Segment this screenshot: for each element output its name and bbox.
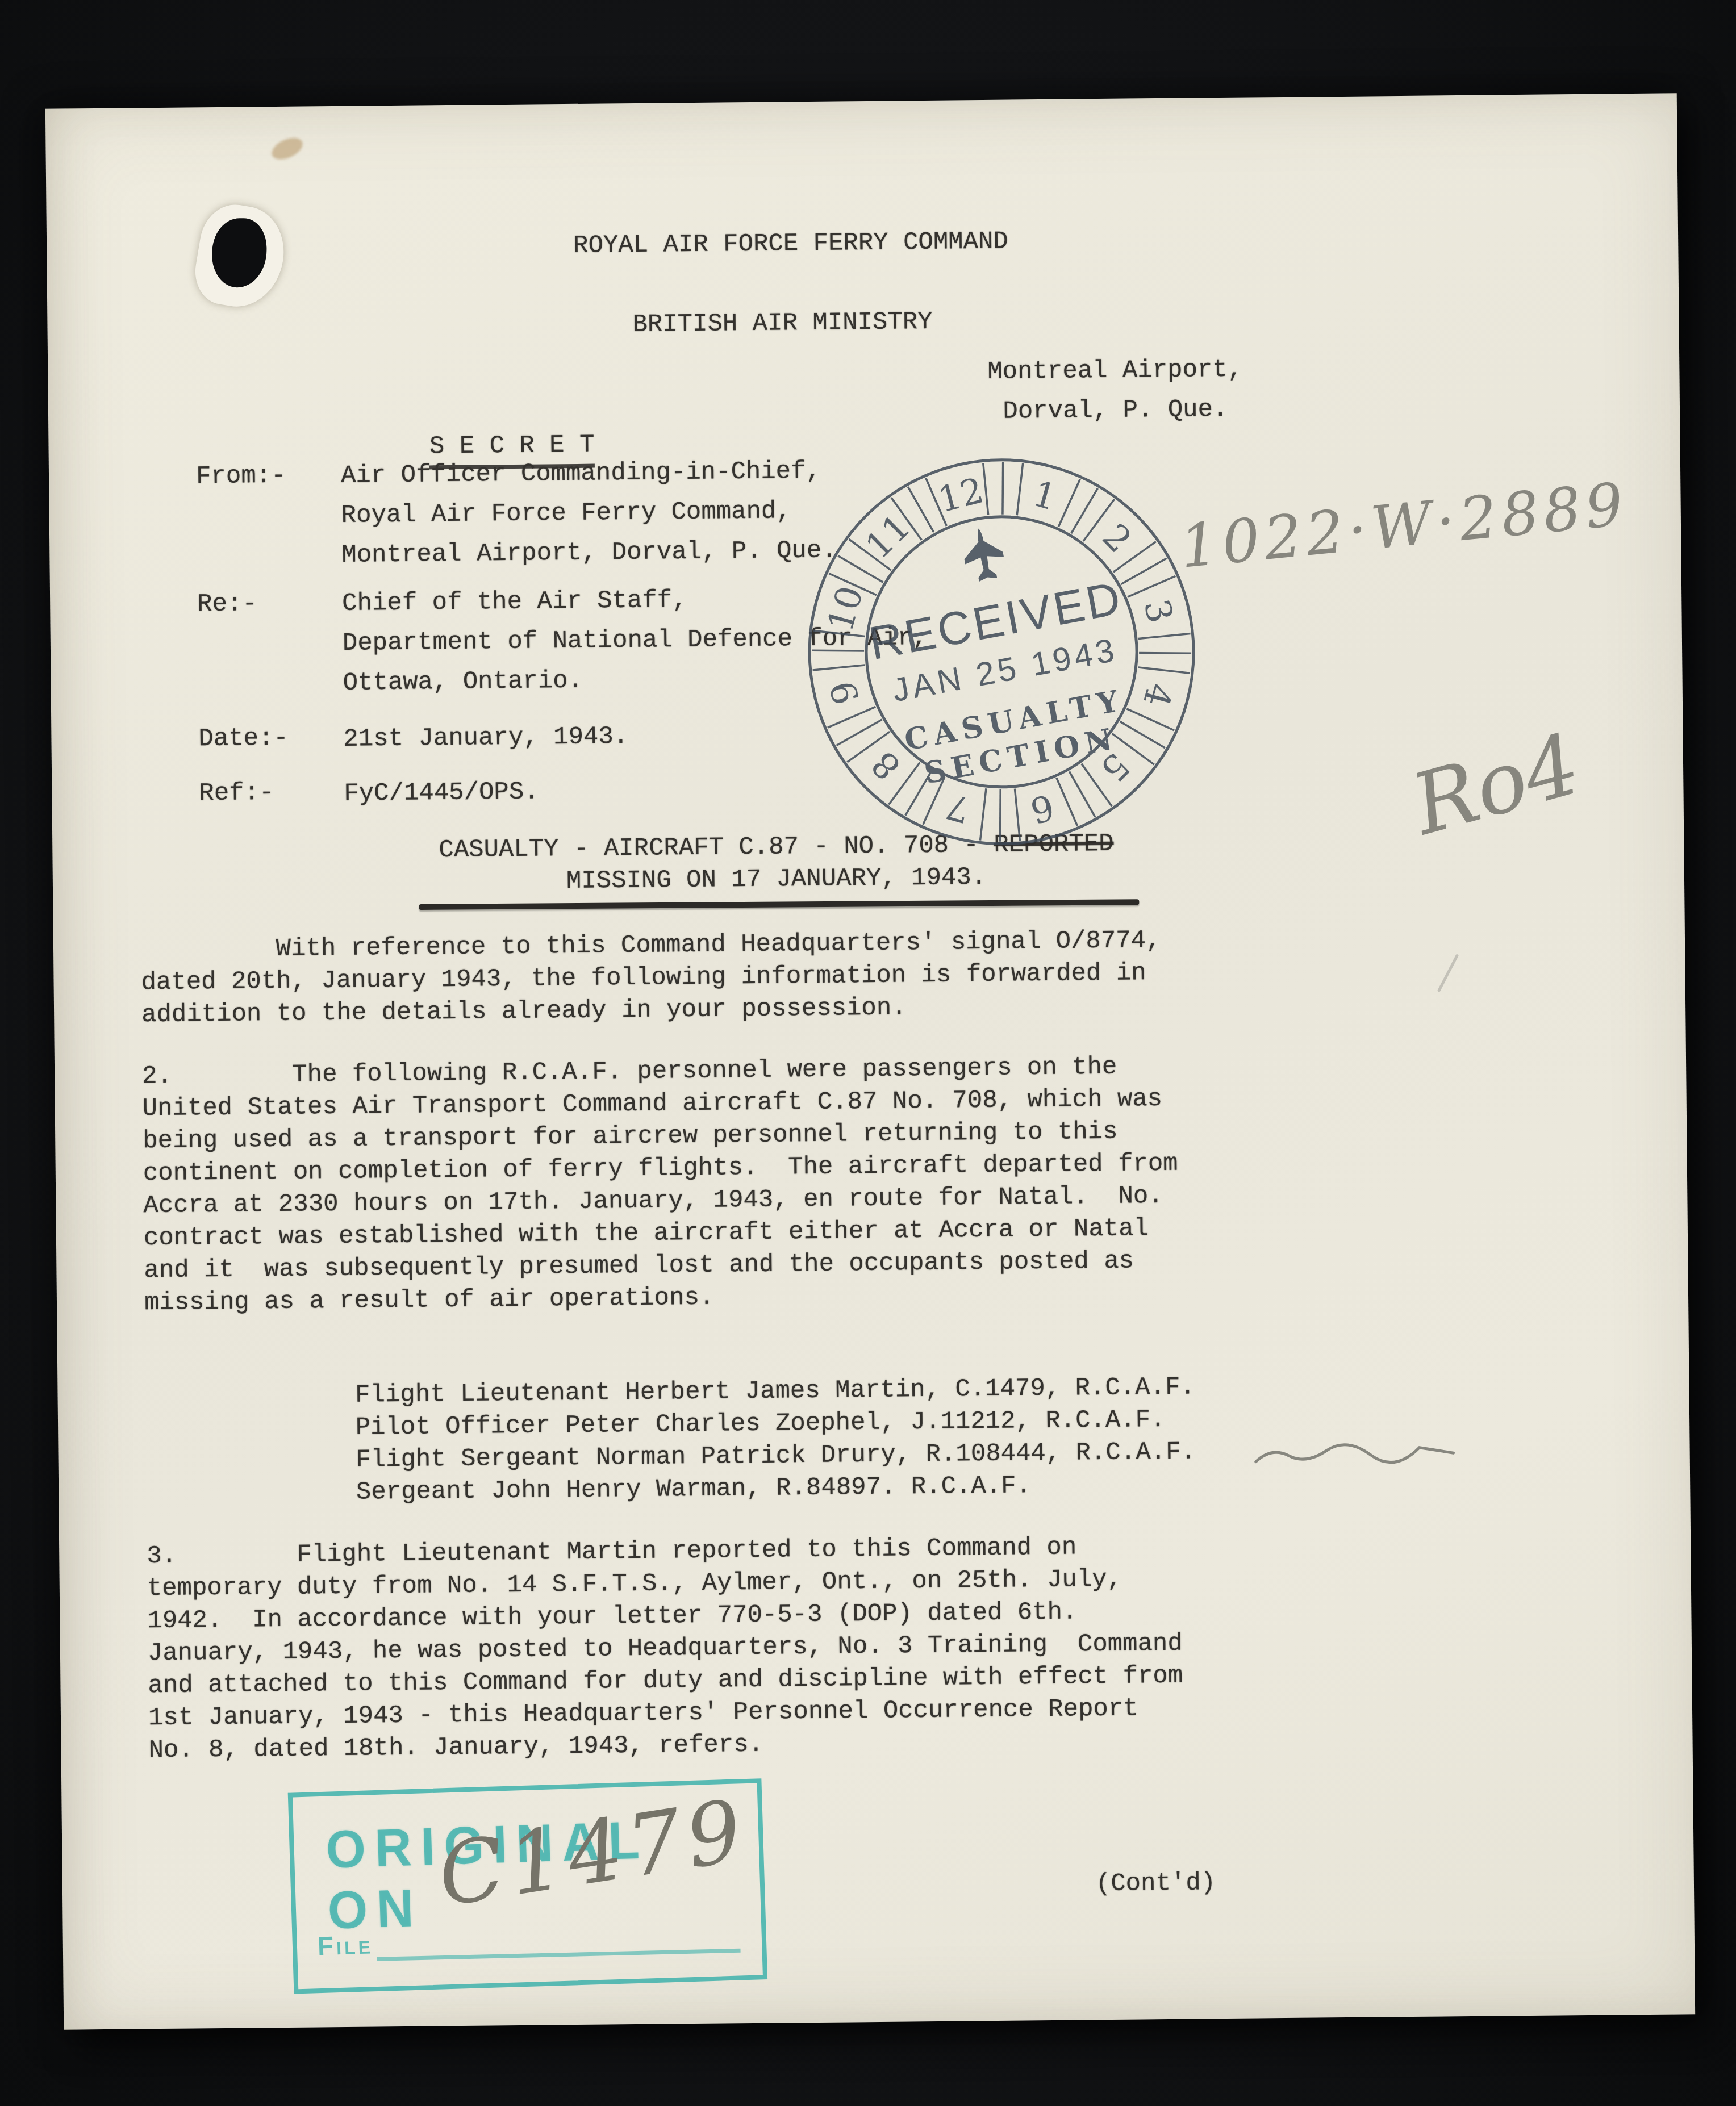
paper-stain: [268, 133, 306, 164]
subject-underline: [419, 899, 1139, 910]
original-on-file-stamp: ORIGINAL ON File C1479: [288, 1778, 767, 1994]
pencil-squiggle: [1253, 1440, 1458, 1476]
field-label-from: From:-: [196, 460, 286, 494]
letterhead-org: ROYAL AIR FORCE FERRY COMMAND: [573, 226, 1008, 262]
field-value-from: Air Officer Commanding-in-Chief, Royal A…: [341, 452, 837, 575]
field-value-ref: FyC/1445/OPS.: [344, 772, 539, 814]
svg-text:3: 3: [1136, 595, 1182, 628]
svg-text:6: 6: [1026, 786, 1059, 832]
svg-text:4: 4: [1135, 679, 1181, 711]
field-label-re: Re:-: [197, 588, 257, 621]
airplane-icon: [959, 525, 1008, 583]
pencil-reference-number: 1022·W·2889: [1177, 469, 1630, 582]
svg-text:8: 8: [863, 743, 909, 788]
casualty-name-list: Flight Lieutenant Herbert James Martin, …: [145, 1372, 1196, 1511]
paragraph-2: 2. The following R.C.A.F. personnel were…: [142, 1051, 1179, 1319]
scanned-document-scene: ROYAL AIR FORCE FERRY COMMAND BRITISH AI…: [0, 0, 1736, 2106]
torn-hole-edge: [190, 199, 291, 313]
subject-line-2: MISSING ON 17 JANUARY, 1943.: [566, 862, 987, 898]
field-label-date: Date:-: [198, 722, 289, 756]
paragraph-1: With reference to this Command Headquart…: [141, 925, 1162, 1031]
continuation-note: (Cont'd): [1096, 1867, 1216, 1900]
torn-hole: [212, 218, 267, 288]
svg-text:7: 7: [942, 785, 974, 831]
letterhead-ministry: BRITISH AIR MINISTRY: [632, 306, 933, 341]
letter-page: ROYAL AIR FORCE FERRY COMMAND BRITISH AI…: [45, 93, 1695, 2029]
pencil-mark: [1437, 954, 1459, 992]
file-stamp-double-line: [377, 1949, 741, 1961]
field-value-date: 21st January, 1943.: [343, 717, 628, 759]
svg-text:9: 9: [821, 676, 867, 709]
pencil-initials: Ro4: [1403, 715, 1590, 854]
svg-text:2: 2: [1095, 516, 1140, 561]
file-stamp-file-label: File: [317, 1929, 373, 1961]
paragraph-3: 3. Flight Lieutenant Martin reported to …: [147, 1531, 1184, 1767]
field-label-ref: Ref:-: [199, 777, 274, 810]
address-block: Montreal Airport, Dorval, P. Que.: [987, 350, 1243, 432]
svg-text:1: 1: [1028, 473, 1061, 519]
received-stamp: 121234567891011 RECEIVED JAN 25 1943 CAS…: [795, 445, 1208, 858]
